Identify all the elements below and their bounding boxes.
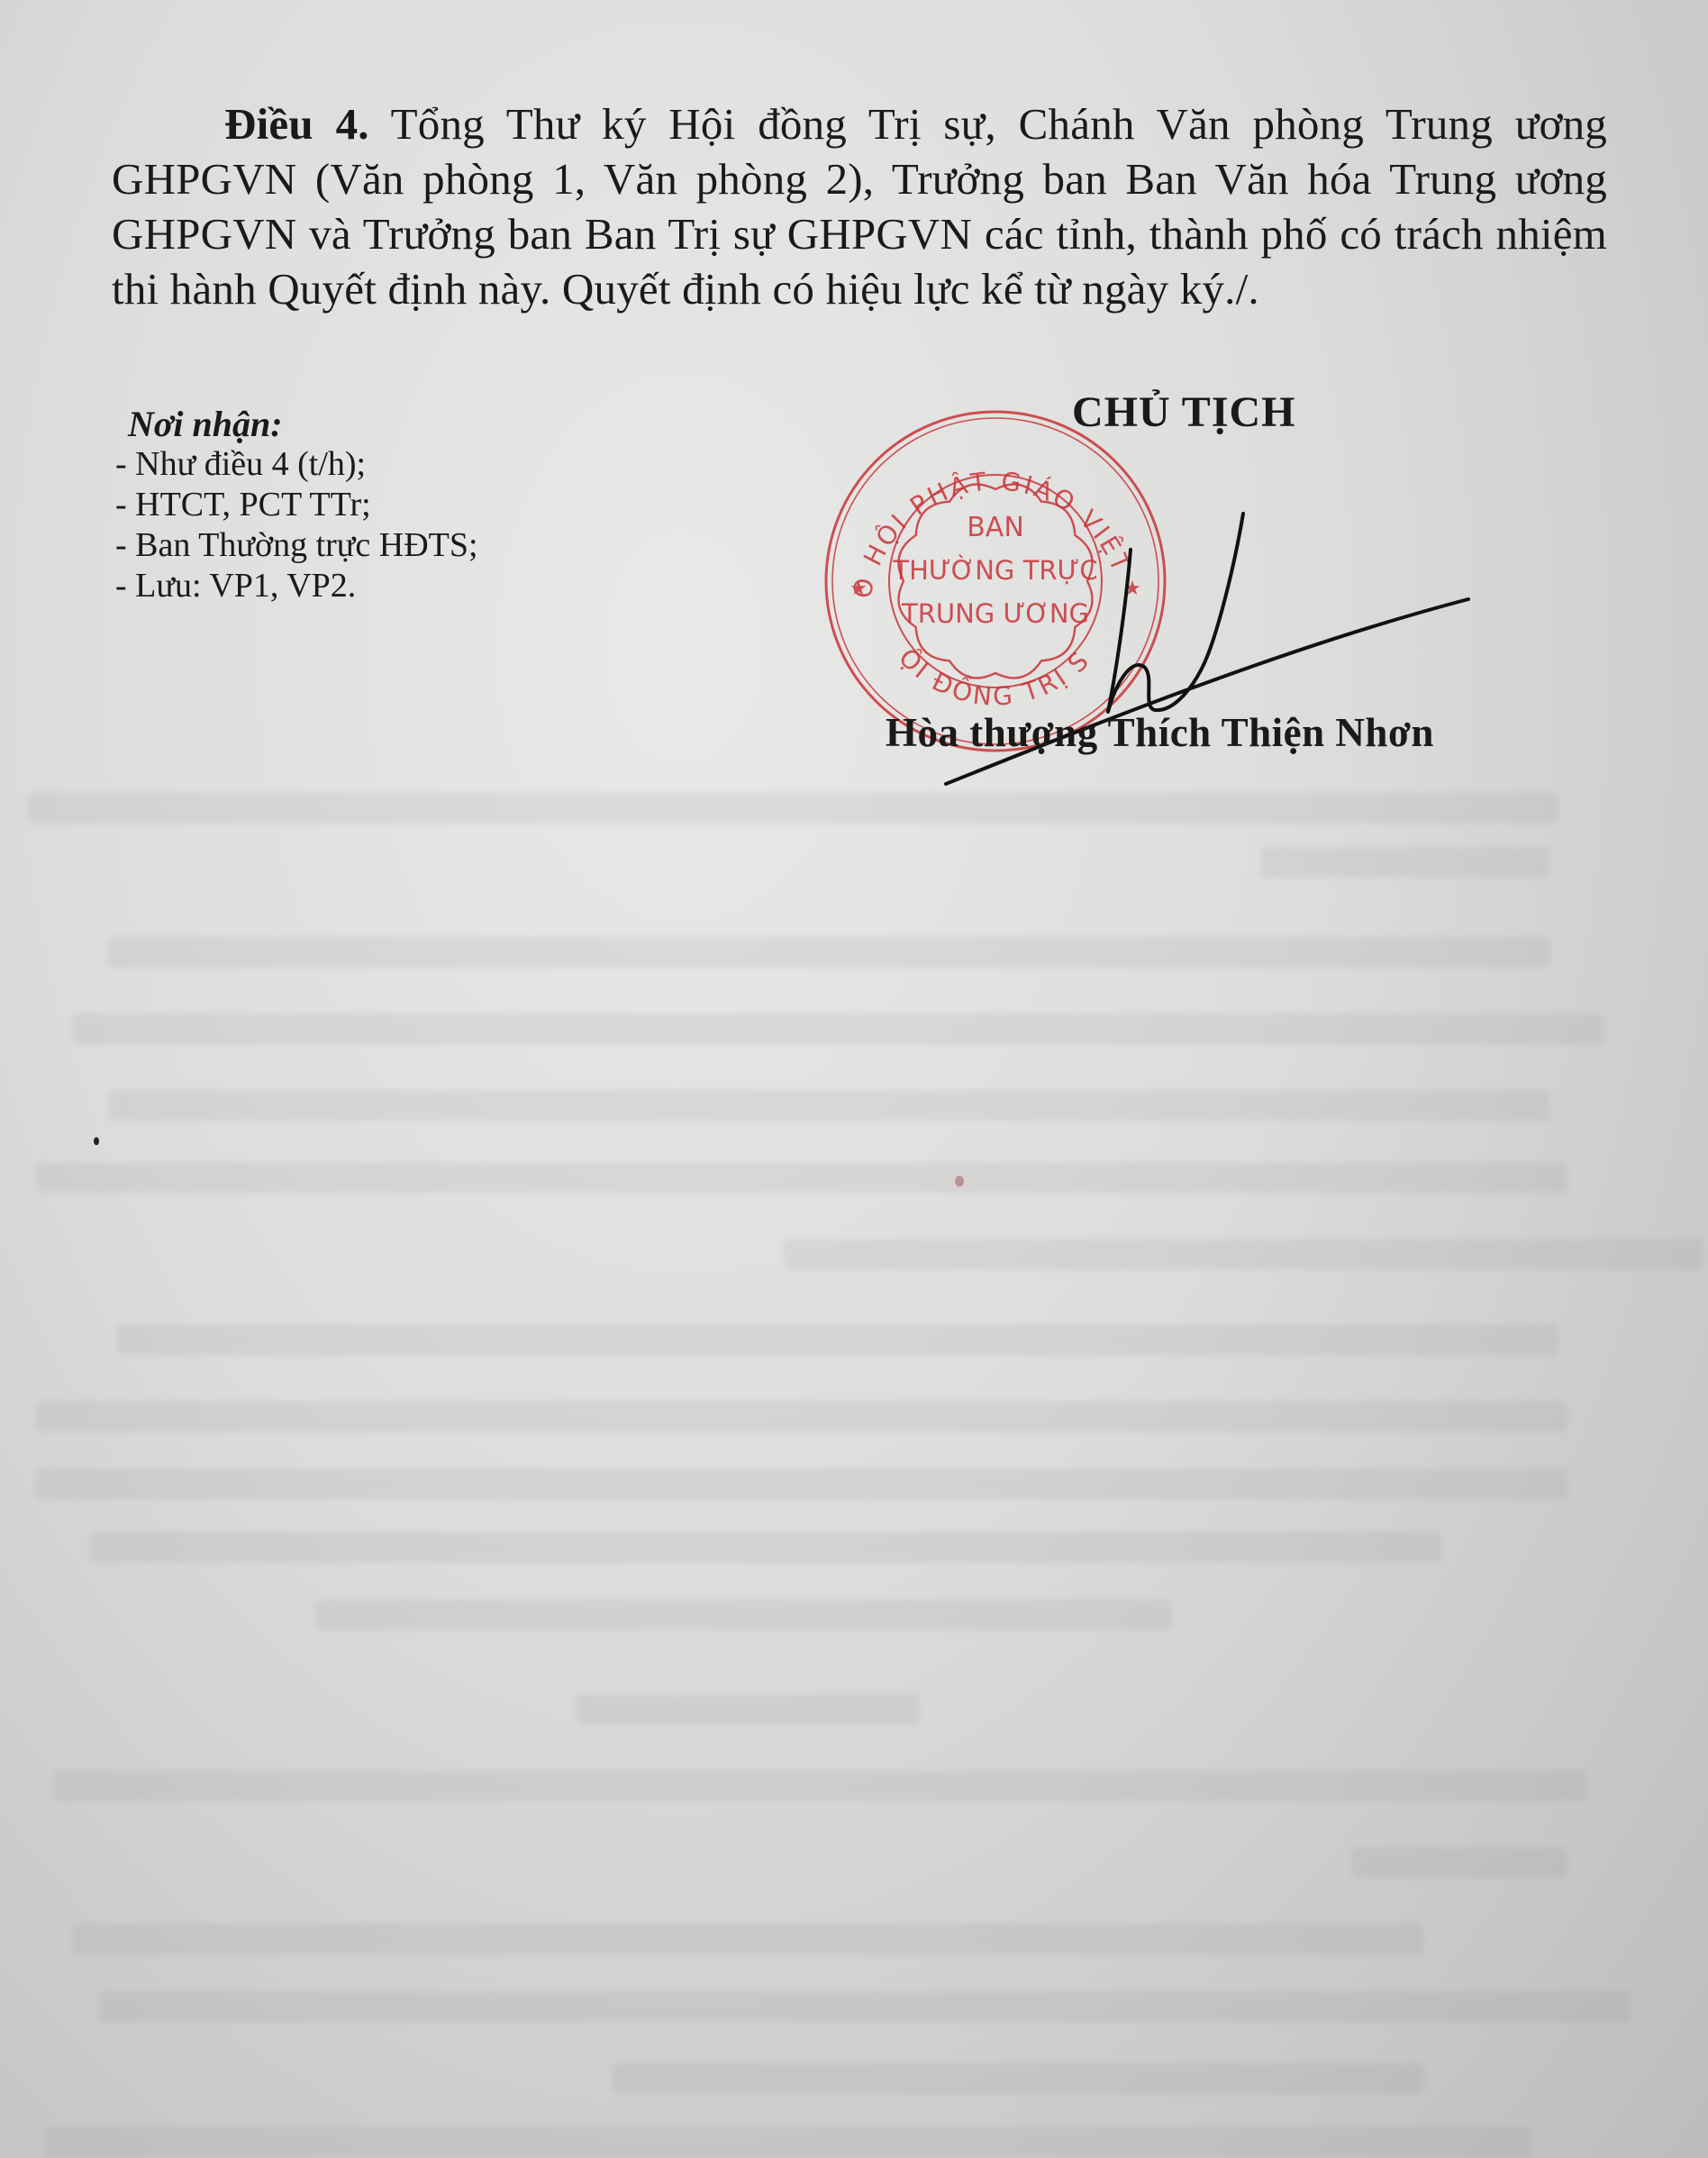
recipient-item: - HTCT, PCT TTr; (115, 485, 478, 525)
recipient-item: - Ban Thường trực HĐTS; (115, 525, 478, 566)
reverse-side-bleed-through (0, 0, 1708, 2158)
paper-speck (955, 1176, 964, 1187)
signature-title: CHỦ TỊCH (1072, 387, 1296, 437)
seal-star-left-icon: ★ (849, 578, 868, 600)
recipient-item: - Lưu: VP1, VP2. (115, 566, 478, 606)
recipient-item: - Như điều 4 (t/h); (115, 444, 478, 485)
article-label: Điều 4. (224, 99, 369, 149)
paper-speck (94, 1137, 99, 1145)
article-4-paragraph: Điều 4. Tổng Thư ký Hội đồng Trị sự, Chá… (112, 96, 1607, 316)
recipients-title: Nơi nhận: (128, 404, 478, 444)
recipients-block: Nơi nhận: - Như điều 4 (t/h); - HTCT, PC… (115, 404, 478, 606)
signer-name: Hòa thượng Thích Thiện Nhơn (886, 709, 1434, 756)
